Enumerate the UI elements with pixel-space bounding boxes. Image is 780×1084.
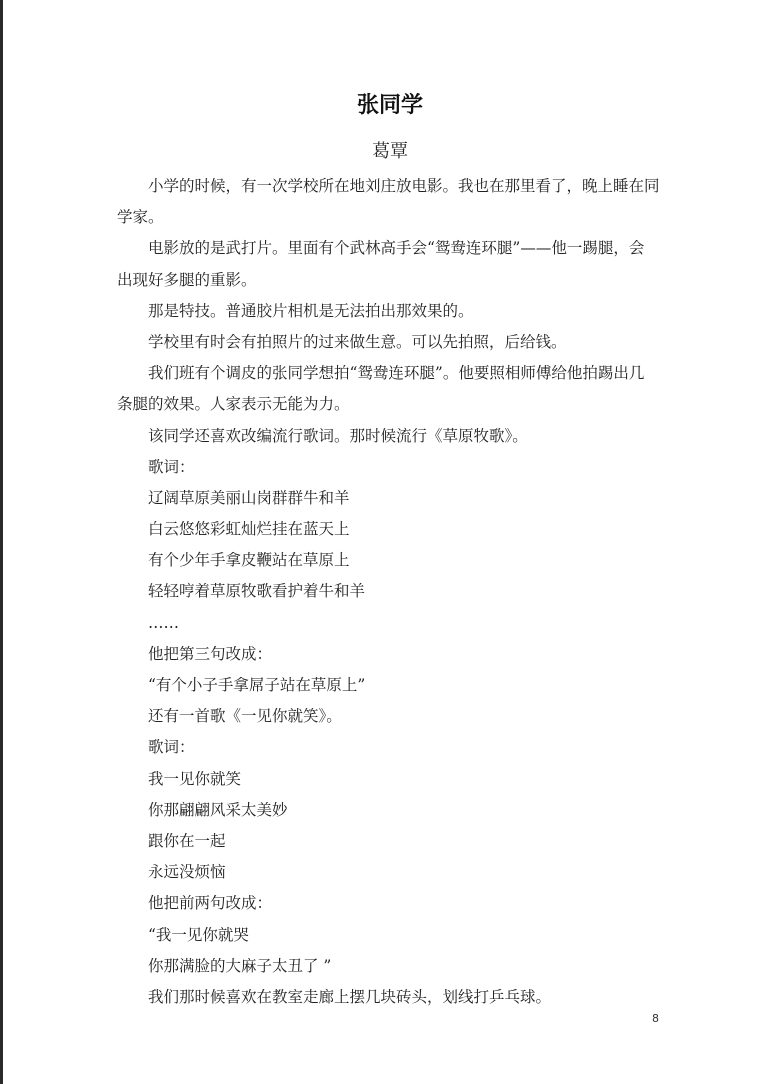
text-line: 条腿的效果。人家表示无能为力。 [117,389,667,420]
text-line: “有个小子手拿屌子站在草原上” [117,670,667,701]
text-line: 有个少年手拿皮鞭站在草原上 [117,545,667,576]
text-line: 跟你在一起 [117,826,667,857]
text-line: 永远没烦恼 [117,857,667,888]
text-line: 出现好多腿的重影。 [117,265,667,296]
document-page: 张同学 葛覃 小学的时候，有一次学校所在地刘庄放电影。我也在那里看了，晚上睡在同… [0,0,780,1084]
document-title: 张同学 [0,88,780,119]
text-line: 学校里有时会有拍照片的过来做生意。可以先拍照，后给钱。 [117,327,667,358]
page-number: 8 [652,1012,659,1025]
text-line: 你那满脸的大麻子太丑了 ” [117,951,667,982]
document-body: 小学的时候，有一次学校所在地刘庄放电影。我也在那里看了，晚上睡在同学家。电影放的… [117,171,667,1013]
author-name: 葛覃 [0,137,780,163]
text-line: 那是特技。普通胶片相机是无法拍出那效果的。 [117,296,667,327]
text-line: 学家。 [117,202,667,233]
text-line: 电影放的是武打片。里面有个武林高手会“鸳鸯连环腿”——他一踢腿，会 [117,233,667,264]
text-line: 还有一首歌《一见你就笑》。 [117,701,667,732]
text-line: 白云悠悠彩虹灿烂挂在蓝天上 [117,514,667,545]
text-line: “我一见你就哭 [117,920,667,951]
text-line: 你那翩翩风采太美妙 [117,795,667,826]
text-line: 小学的时候，有一次学校所在地刘庄放电影。我也在那里看了，晚上睡在同 [117,171,667,202]
text-line: 轻轻哼着草原牧歌看护着牛和羊 [117,576,667,607]
text-line: 他把第三句改成： [117,639,667,670]
text-line: 辽阔草原美丽山岗群群牛和羊 [117,483,667,514]
text-line: 该同学还喜欢改编流行歌词。那时候流行《草原牧歌》。 [117,421,667,452]
text-line: 我一见你就笑 [117,764,667,795]
text-line: 歌词： [117,452,667,483]
text-line: 我们那时候喜欢在教室走廊上摆几块砖头，划线打乒乓球。 [117,982,667,1013]
text-line: 他把前两句改成： [117,888,667,919]
text-line: 我们班有个调皮的张同学想拍“鸳鸯连环腿”。他要照相师傅给他拍踢出几 [117,358,667,389]
text-line: …… [117,608,667,639]
text-line: 歌词： [117,732,667,763]
